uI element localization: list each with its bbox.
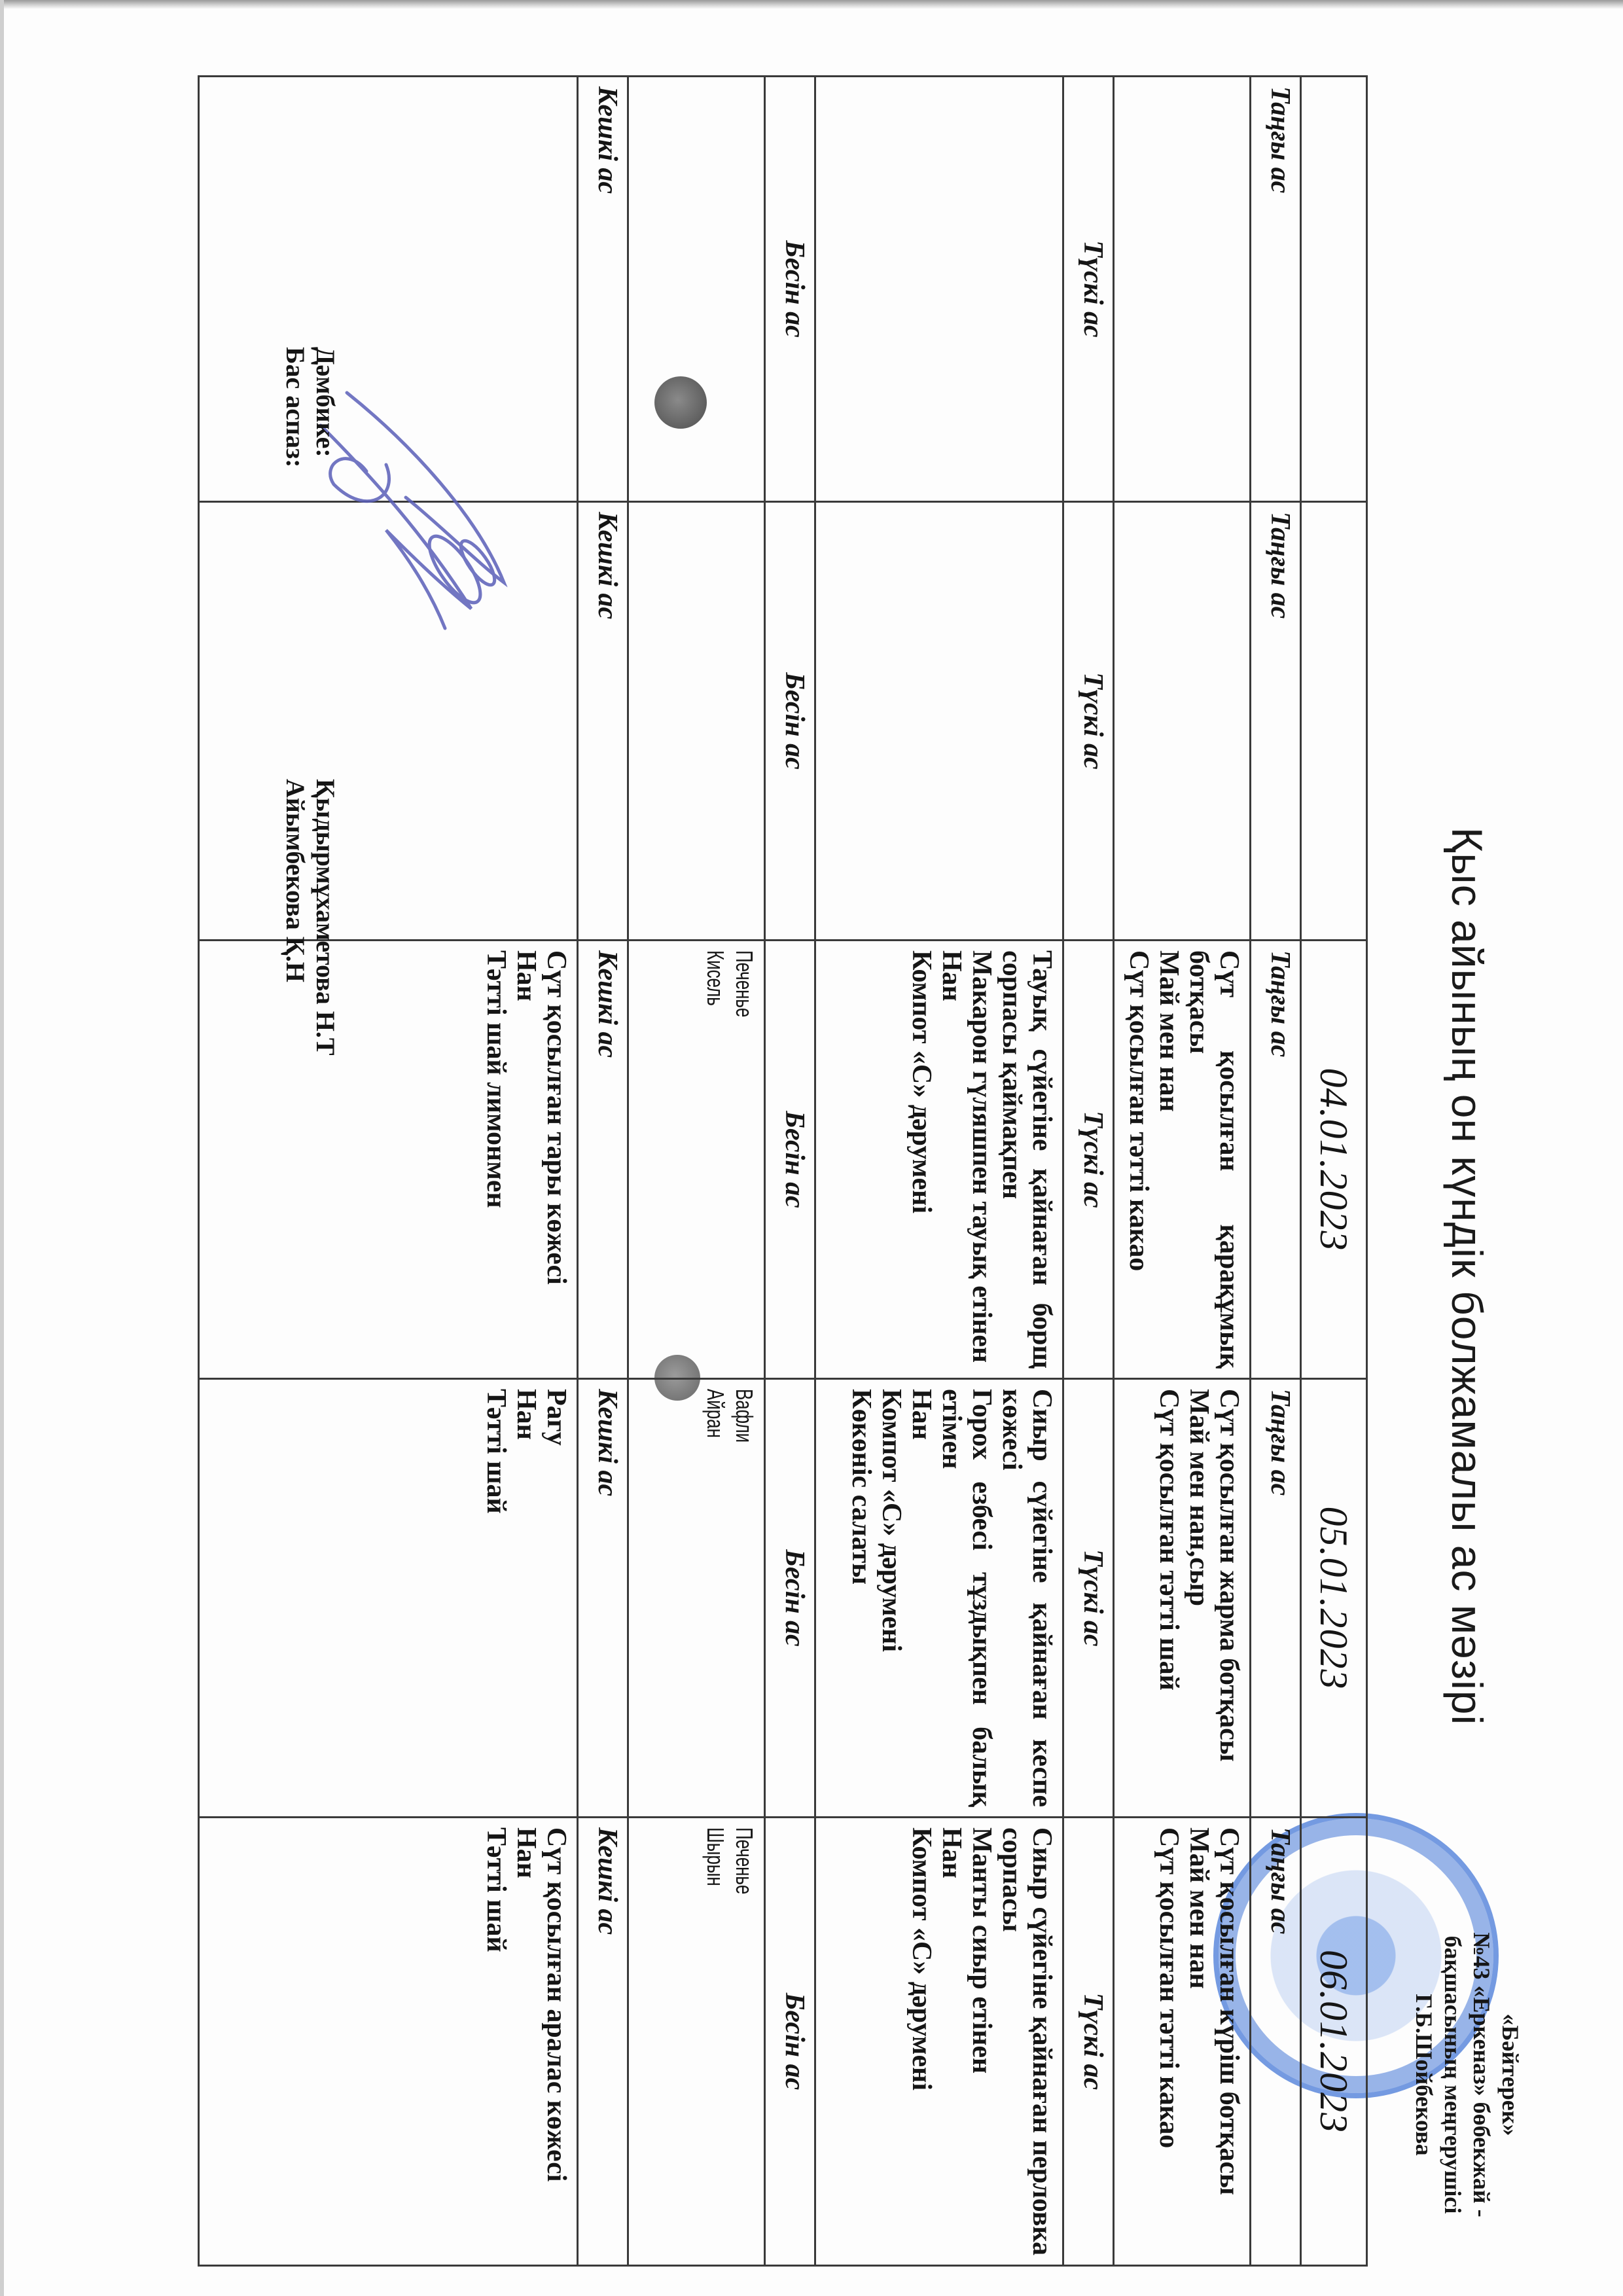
meal-item-list: ПеченьеКисель	[701, 950, 758, 1366]
meal-items: ПеченьеКисель	[628, 941, 765, 1379]
menu-item: Сүт қосылған тәтті шай	[1154, 1389, 1184, 1807]
meal-label: Түскі ас	[1063, 941, 1114, 1379]
menu-item: Май мен нан,сыр	[1184, 1389, 1214, 1807]
menu-item: Нан	[511, 1827, 541, 2255]
meal-label: Бесін ас	[765, 1379, 815, 1818]
signatures-block: Дәмбике: Қыдырмұхаметова Н.Т Бас аспаз: …	[280, 347, 340, 1056]
approval-block: «Бәйтерек» №43 «Еркеназ» бөбекжай - бақш…	[1410, 1892, 1525, 2258]
meal-label: Түскі ас	[1063, 77, 1114, 502]
meal-items	[628, 502, 765, 941]
menu-item: Вафли	[730, 1389, 758, 1804]
meal-items	[628, 77, 765, 502]
meal-item-list: Сүт қосылған жарма ботқасыМай мен нан,сы…	[1154, 1389, 1244, 1807]
menu-item: Сиыр сүйегіне қайнаған кеспе көжесі	[997, 1389, 1057, 1807]
approval-line: бақшасының меңгерушісі	[1438, 1892, 1467, 2258]
meal-item-list: Сүт қосылған күріш ботқасыМай мен нанСүт…	[1154, 1827, 1244, 2255]
meal-items	[1114, 77, 1251, 502]
date-header: 06.01.2023	[1301, 1818, 1367, 2266]
meal-label: Кешкі ас	[578, 941, 628, 1379]
meal-item-list: Сүт қосылған аралас көжесіНанТәтті шай	[481, 1827, 571, 2255]
meal-item-list: Сиыр сүйегіне қайнаған перловка сорпасыМ…	[906, 1827, 1057, 2255]
signature-name: Қыдырмұхаметова Н.Т	[310, 779, 340, 1056]
meal-label: Бесін ас	[765, 941, 815, 1379]
menu-item: Тауық сүйегіне қайнаған борщ сорпасы қай…	[997, 950, 1057, 1369]
meal-items: Сиыр сүйегіне қайнаған перловка сорпасыМ…	[815, 1818, 1063, 2266]
menu-item: Нан	[511, 950, 541, 1369]
meal-label-row: Бесін асБесін асБесін асБесін асБесін ас	[765, 77, 815, 2266]
menu-item: Нан	[936, 950, 967, 1369]
meal-item-list: Тауық сүйегіне қайнаған борщ сорпасы қай…	[906, 950, 1057, 1369]
meal-label: Кешкі ас	[578, 1818, 628, 2266]
menu-item: Нан	[906, 1389, 936, 1807]
date-header: 05.01.2023	[1301, 1379, 1367, 1818]
meal-label: Таңғы ас	[1251, 1818, 1301, 2266]
menu-item: Горох езбесі тұздықпен балық етімен	[936, 1389, 997, 1807]
menu-item: Тәтті шай	[481, 1389, 511, 1807]
meal-label: Таңғы ас	[1251, 77, 1301, 502]
meal-label: Түскі ас	[1063, 1379, 1114, 1818]
meal-content-row: Сүт қосылған қарақұмық ботқасыМай мен на…	[1114, 77, 1251, 2266]
menu-item: Тәтті шай лимонмен	[481, 950, 511, 1369]
signature-row: Бас аспаз: Айымбекова Қ.Н	[280, 347, 310, 1056]
menu-item: Компот «С» дәрумені	[876, 1389, 906, 1807]
meal-items: ВафлиАйран	[628, 1379, 765, 1818]
meal-label: Кешкі ас	[578, 502, 628, 941]
menu-item: Сүт қосылған қарақұмық ботқасы	[1184, 950, 1244, 1369]
meal-content-row: Тауық сүйегіне қайнаған борщ сорпасы қай…	[815, 77, 1063, 2266]
meal-items: Сиыр сүйегіне қайнаған кеспе көжесіГорох…	[815, 1379, 1063, 1818]
meal-item-list: Сүт қосылған қарақұмық ботқасыМай мен на…	[1124, 950, 1244, 1369]
menu-item: Сүт қосылған тары көжесі	[541, 950, 571, 1369]
menu-item: Макарон гүляшпен тауық етінен	[967, 950, 997, 1369]
menu-item: Печенье	[730, 1827, 758, 2253]
meal-label: Таңғы ас	[1251, 502, 1301, 941]
meal-label: Бесін ас	[765, 1818, 815, 2266]
meal-label-row: Түскі асТүскі асТүскі асТүскі асТүскі ас	[1063, 77, 1114, 2266]
menu-item: Көкөніс салаты	[846, 1389, 876, 1807]
meal-item-list: Сүт қосылған тары көжесіНанТәтті шай лим…	[481, 950, 571, 1369]
menu-item: Компот «С» дәрумені	[906, 1827, 936, 2255]
menu-item: Сүт қосылған тәтті какао	[1154, 1827, 1184, 2255]
menu-item: Сүт қосылған жарма ботқасы	[1214, 1389, 1244, 1807]
meal-items: Сүт қосылған қарақұмық ботқасыМай мен на…	[1114, 941, 1251, 1379]
meal-item-list: РагуНанТәтті шай	[481, 1389, 571, 1807]
meal-label: Кешкі ас	[578, 1379, 628, 1818]
menu-item: Айран	[701, 1389, 730, 1804]
menu-item: Шырын	[701, 1827, 730, 2253]
meal-items: ПеченьеШырын	[628, 1818, 765, 2266]
signature-row: Дәмбике: Қыдырмұхаметова Н.Т	[310, 347, 340, 1056]
signature-role: Бас аспаз:	[280, 347, 310, 779]
menu-item: Рагу	[541, 1389, 571, 1807]
meal-items: Сүт қосылған жарма ботқасыМай мен нан,сы…	[1114, 1379, 1251, 1818]
meal-item-list: Сиыр сүйегіне қайнаған кеспе көжесіГорох…	[846, 1389, 1057, 1807]
menu-item: Май мен нан	[1184, 1827, 1214, 2255]
meal-label: Түскі ас	[1063, 502, 1114, 941]
meal-items: Сүт қосылған күріш ботқасыМай мен нанСүт…	[1114, 1818, 1251, 2266]
meal-item-list: ВафлиАйран	[701, 1389, 758, 1804]
meal-items: Сүт қосылған тары көжесіНанТәтті шай лим…	[199, 941, 578, 1379]
meal-label: Бесін ас	[765, 502, 815, 941]
meal-label: Түскі ас	[1063, 1818, 1114, 2266]
menu-item: Сүт қосылған аралас көжесі	[541, 1827, 571, 2255]
meal-item-list: ПеченьеШырын	[701, 1827, 758, 2253]
meal-items	[1114, 502, 1251, 941]
document-title: Қыс айының он күндік болжамалы ас мәзірі	[1442, 687, 1492, 1865]
approval-line: Г.Б.Шойбекова	[1410, 1892, 1438, 2258]
menu-item: Манты сиыр етінен	[967, 1827, 997, 2255]
meal-label-row: Кешкі асКешкі асКешкі асКешкі асКешкі ас	[578, 77, 628, 2266]
menu-item: Нан	[511, 1389, 541, 1807]
meal-items: Сүт қосылған аралас көжесіНанТәтті шай	[199, 1818, 578, 2266]
menu-item: Кисель	[701, 950, 730, 1366]
approval-line: «Бәйтерек»	[1496, 1892, 1525, 2258]
meal-items: Тауық сүйегіне қайнаған борщ сорпасы қай…	[815, 941, 1063, 1379]
date-header: 04.01.2023	[1301, 941, 1367, 1379]
meal-items: РагуНанТәтті шай	[199, 1379, 578, 1818]
menu-item: Нан	[936, 1827, 967, 2255]
meal-content-row: ПеченьеКисельВафлиАйранПеченьеШырын	[628, 77, 765, 2266]
signature-role: Дәмбике:	[310, 347, 340, 779]
meal-label-row: Таңғы асТаңғы асТаңғы асТаңғы асТаңғы ас	[1251, 77, 1301, 2266]
date-header	[1301, 502, 1367, 941]
menu-item: Сиыр сүйегіне қайнаған перловка сорпасы	[997, 1827, 1057, 2255]
meal-label: Таңғы ас	[1251, 1379, 1301, 1818]
menu-item: Сүт қосылған тәтті какао	[1124, 950, 1154, 1369]
meal-items	[815, 502, 1063, 941]
menu-item: Май мен нан	[1154, 950, 1184, 1369]
meal-label: Кешкі ас	[578, 77, 628, 502]
menu-item: Печенье	[730, 950, 758, 1366]
menu-item: Тәтті шай	[481, 1827, 511, 2255]
signature-name: Айымбекова Қ.Н	[280, 779, 310, 982]
date-header-row: 04.01.202305.01.202306.01.2023	[1301, 77, 1367, 2266]
meal-label: Таңғы ас	[1251, 941, 1301, 1379]
approval-line: №43 «Еркеназ» бөбекжай -	[1467, 1892, 1496, 2258]
menu-sheet: Қыс айының он күндік болжамалы ас мәзірі…	[0, 0, 1623, 2296]
date-header	[1301, 77, 1367, 502]
meal-items	[815, 77, 1063, 502]
menu-item: Сүт қосылған күріш ботқасы	[1214, 1827, 1244, 2255]
meal-label: Бесін ас	[765, 77, 815, 502]
menu-item: Компот «С» дәрумені	[906, 950, 936, 1369]
